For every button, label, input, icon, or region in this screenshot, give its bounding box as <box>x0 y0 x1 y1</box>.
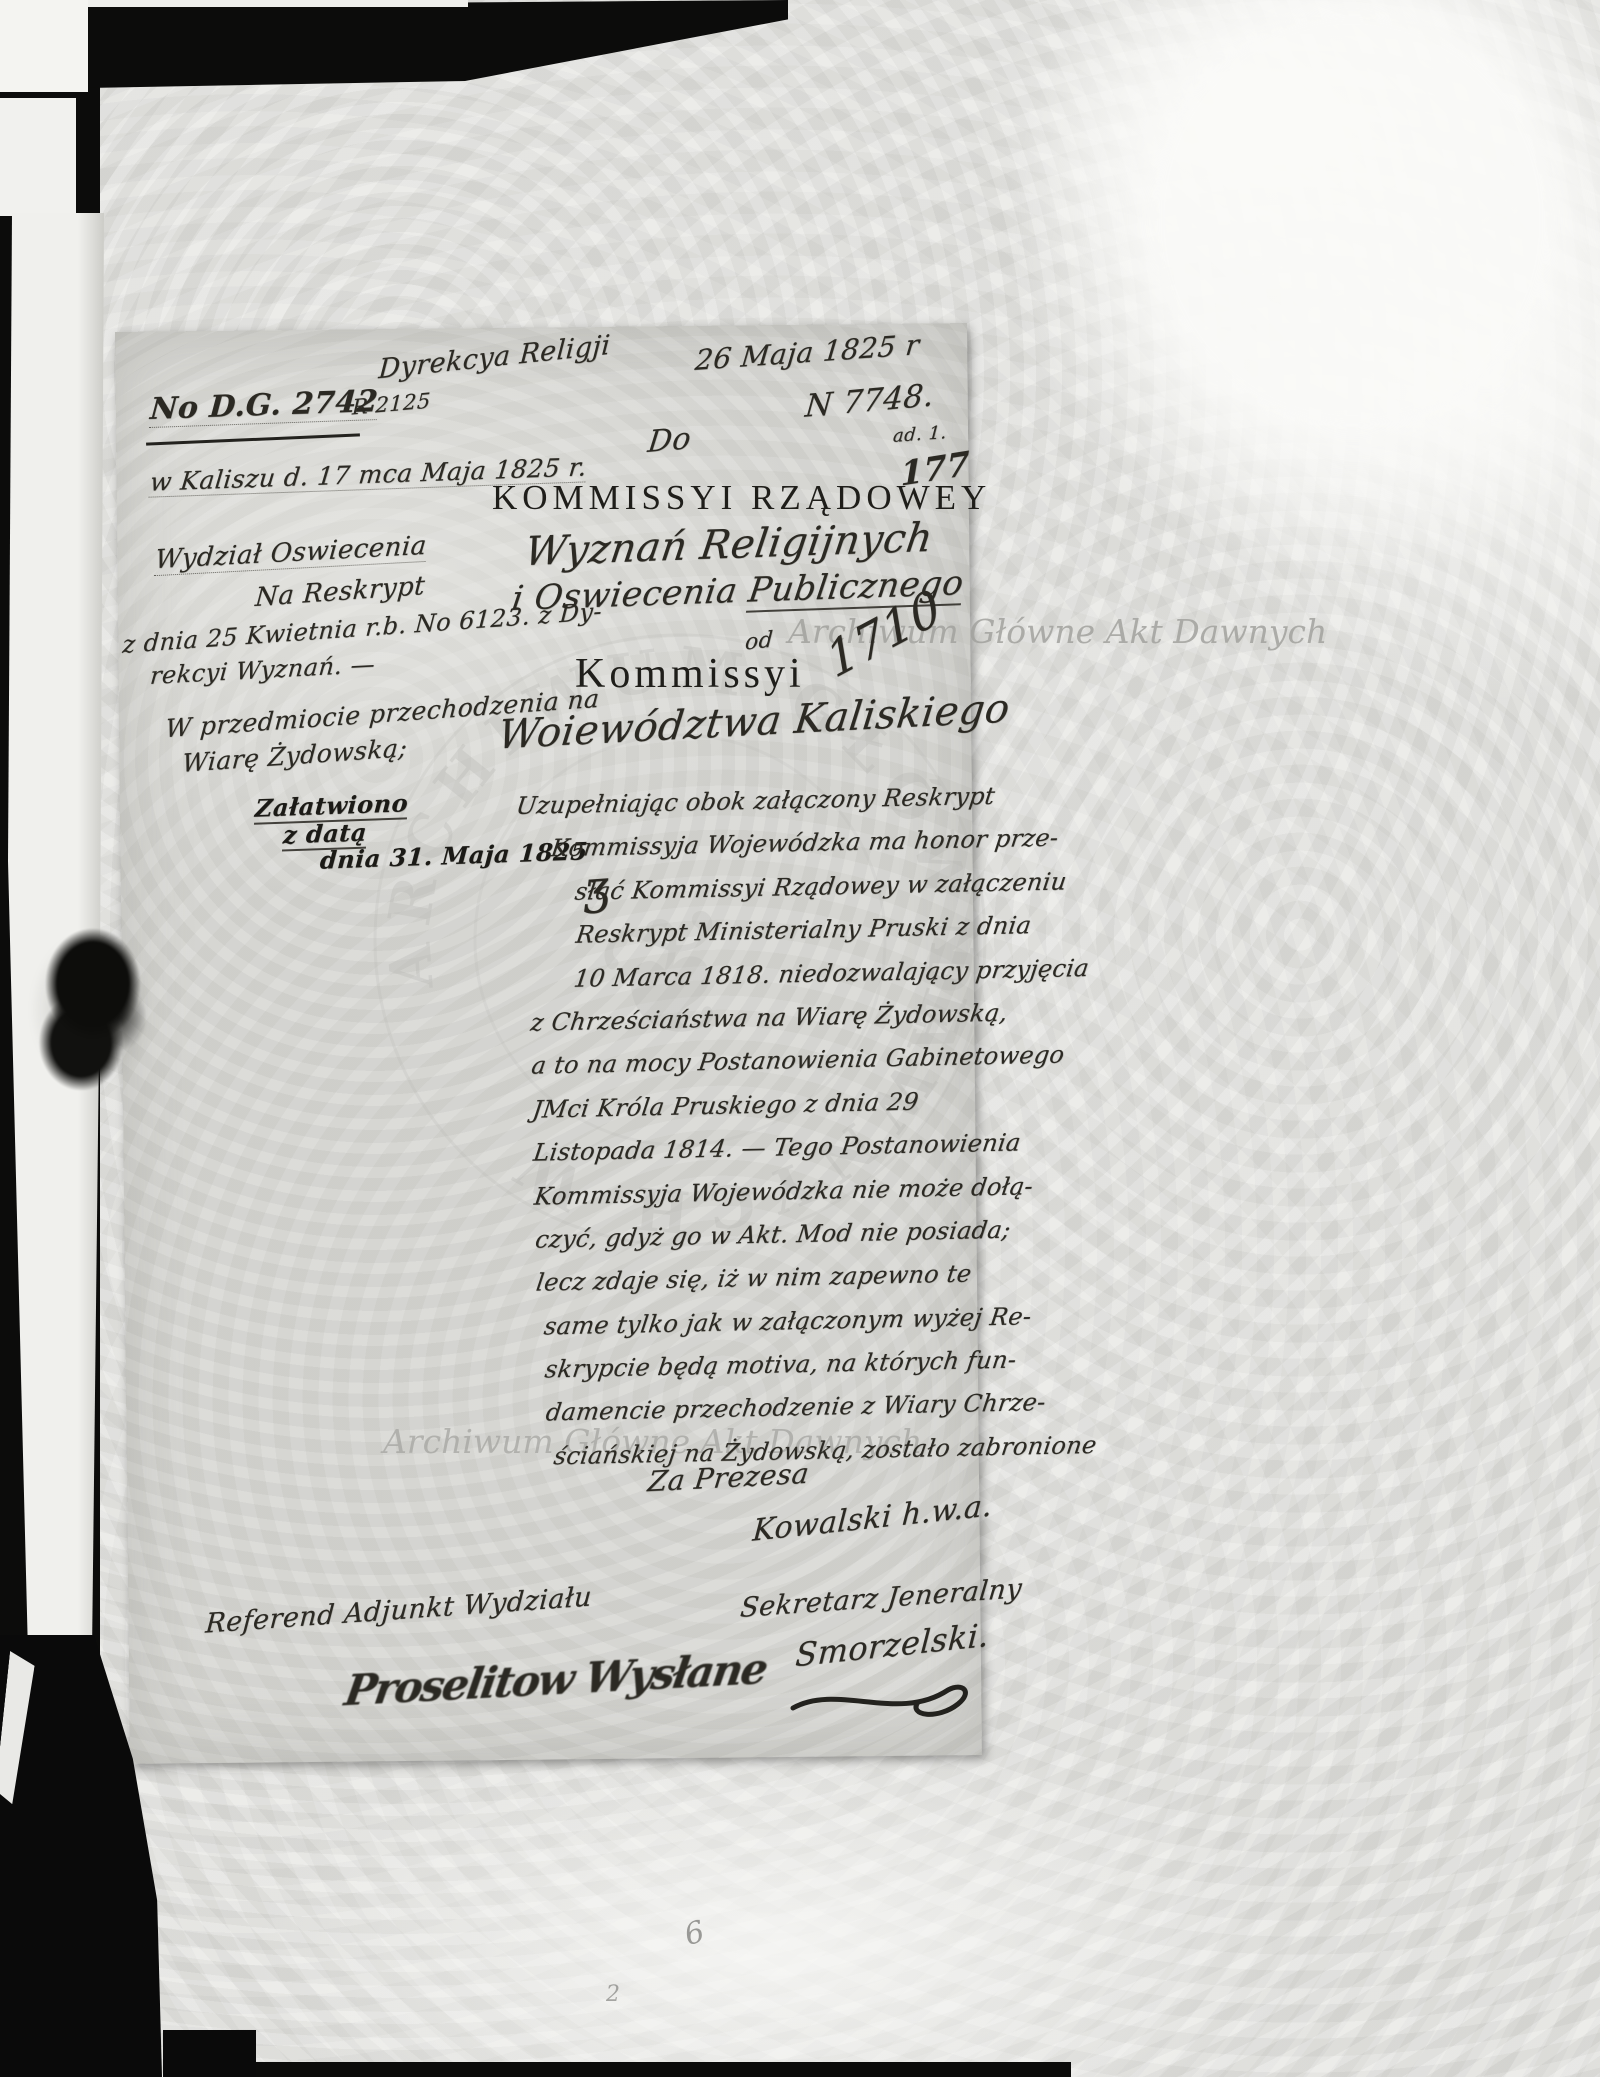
signature-flourish <box>788 1678 988 1728</box>
salutation-do: Do <box>646 421 693 460</box>
header-kommissyi: Kommissyi <box>575 650 805 698</box>
scan-white-sliver-top <box>88 0 468 7</box>
bright-paper-highlight <box>920 0 1600 940</box>
archival-scan-page: Archiwum Główne Akt Dawnych Archiwum Głó… <box>0 0 1600 2077</box>
scan-black-strip-bottom <box>256 2062 1071 2077</box>
ink-stain <box>28 925 146 1093</box>
scan-white-corner-block <box>0 0 88 92</box>
ad-annotation: ad. 1. <box>892 422 947 447</box>
header-kommissyi-rzadowey: KOMMISSYI RZĄDOWEY <box>492 478 991 518</box>
body-paragraph: Uzupełniając obok załączony Reskrypt Kom… <box>513 775 997 1479</box>
scan-white-corner-block-2 <box>0 98 76 216</box>
pencil-mark-2: 2 <box>606 1982 621 2007</box>
scan-black-bar-bottom <box>163 2030 256 2077</box>
